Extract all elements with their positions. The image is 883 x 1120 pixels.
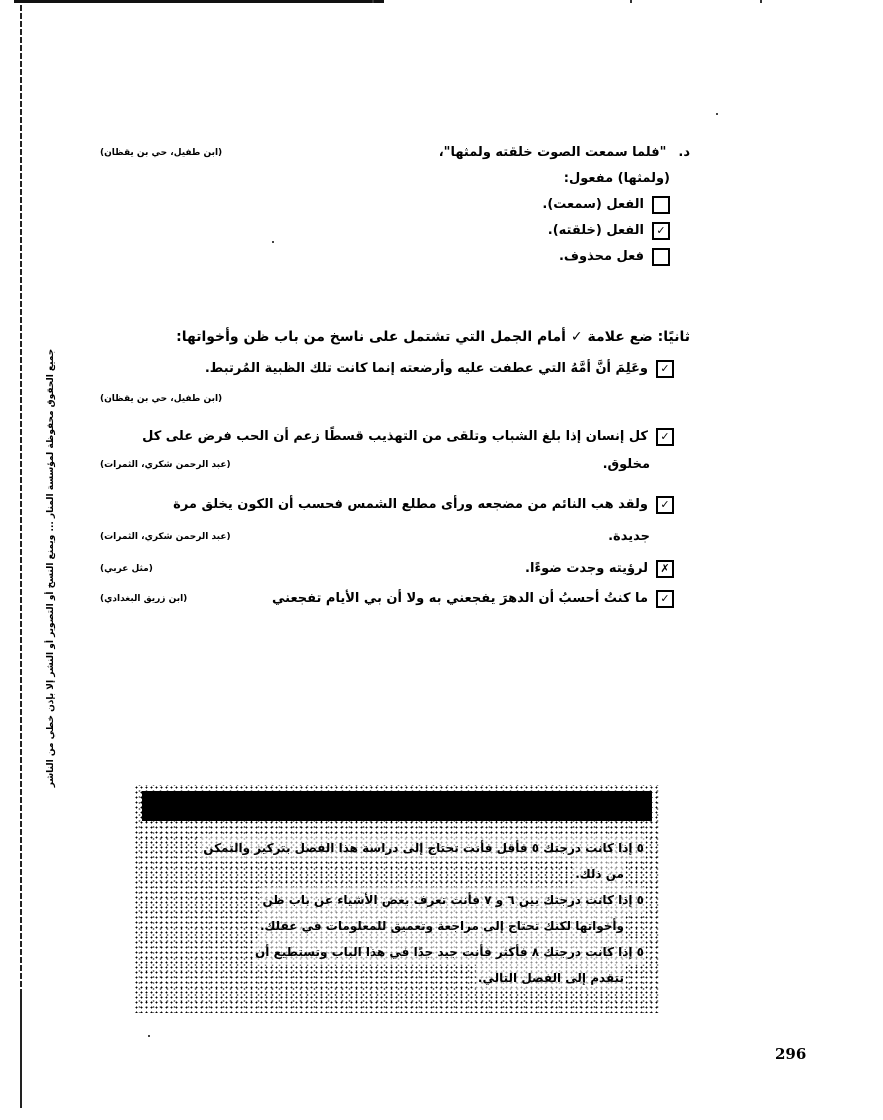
statement-row[interactable]: ✓ ما كنتُ أحسبُ أن الدهرَ يفجعني به ولا … bbox=[100, 588, 690, 610]
attribution: (مثل عربي) bbox=[100, 558, 153, 580]
statement-row[interactable]: ✓ كل إنسان إذا بلغ الشباب وتلقى من التهذ… bbox=[100, 426, 690, 448]
question-prompt: (ولمثها) مفعول: bbox=[100, 168, 690, 190]
tip-text: وأخواتها لكنك تحتاج إلى مراجعة وتعميق لل… bbox=[258, 913, 626, 939]
statement-text: ما كنتُ أحسبُ أن الدهرَ يفجعني به ولا أن… bbox=[272, 588, 648, 610]
tip-line: ٥ إذا كانت درجتك بين ٦ و ٧ فأنت تعرف بعض… bbox=[146, 887, 646, 913]
scan-speck bbox=[760, 0, 762, 3]
attribution: (ابن زريق البغدادي) bbox=[100, 588, 187, 610]
tip-text: من ذلك. bbox=[573, 861, 626, 887]
tip-text: ٥ إذا كانت درجتك بين ٦ و ٧ فأنت تعرف بعض… bbox=[261, 887, 647, 913]
tip-line: ٥ إذا كانت درجتك ٨ فأكثر فأنت جيد جدًا ف… bbox=[146, 939, 646, 965]
attribution: (ابن طفيل، حي بن يقظان) bbox=[100, 142, 222, 164]
statement-text: كل إنسان إذا بلغ الشباب وتلقى من التهذيب… bbox=[142, 426, 648, 448]
question-quote: "فلما سمعت الصوت خلقته ولمثها"، bbox=[439, 142, 667, 164]
section-two-title: ثانيًا: ضع علامة ✓ أمام الجمل التي تشتمل… bbox=[100, 326, 690, 348]
question-d-line: د. "فلما سمعت الصوت خلقته ولمثها"، (ابن … bbox=[100, 142, 690, 164]
option-row[interactable]: الفعل (سمعت). bbox=[100, 194, 690, 216]
score-guidance-box: ٥ إذا كانت درجتك ٥ فأقل فأنت تحتاج إلى د… bbox=[134, 785, 660, 1013]
scan-speck bbox=[372, 0, 374, 3]
checkbox-empty-icon[interactable] bbox=[652, 248, 670, 266]
statement-row[interactable]: ✓ ولقد هب النائم من مضجعه ورأى مطلع الشم… bbox=[100, 494, 690, 516]
statement-row[interactable]: ✓ وعَلِمَ أنَّ أمَّهُ التي عطفت عليه وأر… bbox=[100, 358, 690, 380]
checkbox-crossed-icon[interactable]: ✗ bbox=[656, 560, 674, 578]
statement-text: مخلوق. bbox=[603, 454, 650, 476]
tip-line: وأخواتها لكنك تحتاج إلى مراجعة وتعميق لل… bbox=[146, 913, 646, 939]
scan-speck bbox=[148, 1035, 150, 1037]
tip-text: تتقدم إلى الفصل التالي. bbox=[476, 965, 626, 991]
checkbox-checked-icon[interactable]: ✓ bbox=[656, 360, 674, 378]
option-row[interactable]: ✓ الفعل (خلقته). bbox=[100, 220, 690, 242]
tip-line: تتقدم إلى الفصل التالي. bbox=[146, 965, 646, 991]
attribution: (عبد الرحمن شكري، الثمرات) bbox=[100, 454, 231, 476]
tip-line: ٥ إذا كانت درجتك ٥ فأقل فأنت تحتاج إلى د… bbox=[146, 835, 646, 861]
tip-box-body: ٥ إذا كانت درجتك ٥ فأقل فأنت تحتاج إلى د… bbox=[146, 835, 646, 991]
scan-speck bbox=[630, 0, 632, 3]
checkbox-empty-icon[interactable] bbox=[652, 196, 670, 214]
tip-text: ٥ إذا كانت درجتك ٥ فأقل فأنت تحتاج إلى د… bbox=[201, 835, 646, 861]
question-label: د. bbox=[678, 142, 690, 164]
statement-text: لرؤيته وجدت ضوءًا. bbox=[525, 558, 648, 580]
checkbox-checked-icon[interactable]: ✓ bbox=[656, 428, 674, 446]
checkbox-checked-icon[interactable]: ✓ bbox=[656, 590, 674, 608]
statement-row[interactable]: ✗ لرؤيته وجدت ضوءًا. (مثل عربي) bbox=[100, 558, 690, 580]
copyright-side-note: جميع الحقوق محفوظة لمؤسسة المنار ... ويم… bbox=[36, 215, 66, 920]
tip-box-header-bar bbox=[142, 791, 652, 821]
prompt-text: (ولمثها) مفعول: bbox=[564, 168, 670, 190]
statement-text: ولقد هب النائم من مضجعه ورأى مطلع الشمس … bbox=[173, 494, 648, 516]
attribution-row: (ابن طفيل، حي بن يقظان) bbox=[100, 388, 690, 410]
binding-edge-line-solid bbox=[20, 992, 22, 1108]
option-text: الفعل (خلقته). bbox=[548, 220, 644, 242]
statement-text: وعَلِمَ أنَّ أمَّهُ التي عطفت عليه وأرضع… bbox=[205, 358, 648, 380]
checkbox-checked-icon[interactable]: ✓ bbox=[652, 222, 670, 240]
page-number: 296 bbox=[775, 1045, 806, 1063]
attribution: (عبد الرحمن شكري، الثمرات) bbox=[100, 526, 231, 548]
section-title-text: ثانيًا: ضع علامة ✓ أمام الجمل التي تشتمل… bbox=[176, 326, 690, 348]
binding-edge-line bbox=[20, 5, 22, 1107]
statement-text: جديدة. bbox=[608, 526, 650, 548]
tip-text: ٥ إذا كانت درجتك ٨ فأكثر فأنت جيد جدًا ف… bbox=[253, 939, 646, 965]
side-note-text: جميع الحقوق محفوظة لمؤسسة المنار ... ويم… bbox=[46, 348, 56, 787]
scan-top-edge bbox=[14, 0, 384, 3]
checkbox-checked-icon[interactable]: ✓ bbox=[656, 496, 674, 514]
option-text: فعل محذوف. bbox=[559, 246, 644, 268]
statement-continuation: جديدة. (عبد الرحمن شكري، الثمرات) bbox=[100, 526, 690, 548]
scan-speck bbox=[716, 113, 718, 115]
option-row[interactable]: فعل محذوف. bbox=[100, 246, 690, 268]
tip-line: من ذلك. bbox=[146, 861, 646, 887]
attribution: (ابن طفيل، حي بن يقظان) bbox=[100, 388, 222, 410]
scan-speck bbox=[272, 241, 274, 243]
option-text: الفعل (سمعت). bbox=[542, 194, 644, 216]
statement-continuation: مخلوق. (عبد الرحمن شكري، الثمرات) bbox=[100, 454, 690, 476]
